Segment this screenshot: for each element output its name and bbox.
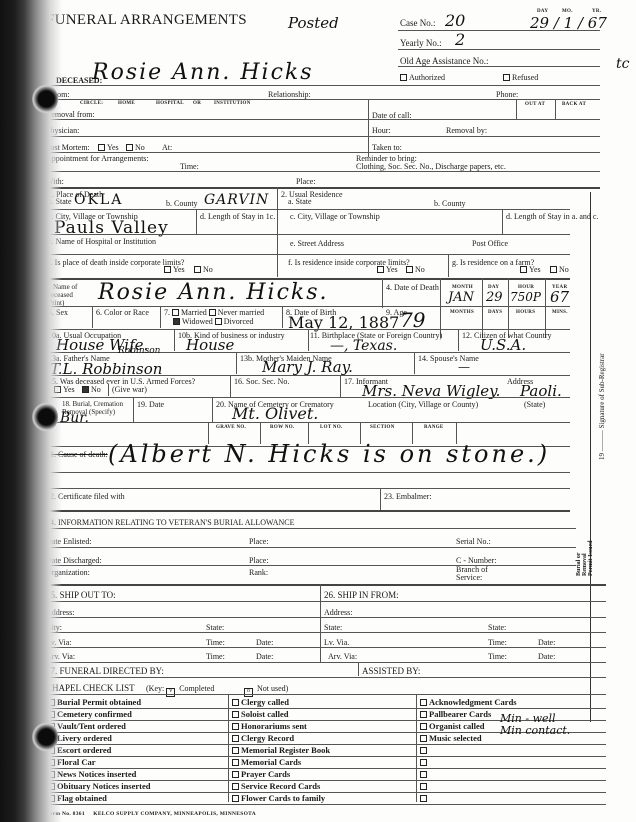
- reminder-items: Clothing, Soc. Sec. No., Discharge paper…: [356, 162, 506, 171]
- widowed-checkbox[interactable]: [173, 318, 180, 325]
- checkbox-icon[interactable]: [420, 771, 427, 778]
- checklist-item-label: Cemetery confirmed: [57, 709, 132, 719]
- checklist-item-label: Memorial Register Book: [241, 745, 330, 755]
- posted-stamp: Posted: [288, 14, 339, 32]
- checkbox-icon[interactable]: [420, 747, 427, 754]
- checklist-item[interactable]: Music selected: [420, 733, 482, 743]
- checkbox-icon[interactable]: [420, 723, 427, 730]
- mother-name-value[interactable]: Mary J. Ray.: [262, 358, 353, 376]
- checkbox-icon[interactable]: [232, 723, 239, 730]
- armed-no[interactable]: No: [82, 385, 101, 394]
- checkbox-icon[interactable]: [420, 783, 427, 790]
- death-corp-yes[interactable]: Yes: [164, 265, 185, 274]
- yearly-no-label: Yearly No.:: [400, 38, 442, 48]
- checklist-item-label: Flower Cards to family: [241, 793, 325, 803]
- cemetery-value[interactable]: Mt. Olivet.: [232, 404, 318, 423]
- checklist-item[interactable]: Honorariums sent: [232, 721, 307, 731]
- checklist-item-label: Burial Permit obtained: [57, 697, 141, 707]
- checklist-item-label: Honorariums sent: [241, 721, 307, 731]
- checklist-item-label: Acknowledgment Cards: [429, 697, 517, 707]
- not-used-key-icon: o: [244, 688, 253, 697]
- checklist-item-label: Livery ordered: [57, 733, 112, 743]
- checkbox-icon[interactable]: [420, 735, 427, 742]
- punch-hole: [32, 84, 58, 114]
- sub-registrar-signature: 19 ——— Signature of Sub-Registrar: [598, 353, 606, 460]
- place-label: Place:: [296, 177, 316, 186]
- checklist-item[interactable]: [420, 769, 429, 779]
- checklist-item[interactable]: [420, 793, 429, 803]
- checkbox-icon[interactable]: [420, 699, 427, 706]
- checklist-item[interactable]: Service Record Cards: [232, 781, 320, 791]
- deceased-name[interactable]: Rosie Ann. Hicks: [92, 60, 314, 85]
- yearly-no-value[interactable]: 2: [455, 30, 465, 49]
- checklist-item-label: Floral Car: [57, 757, 95, 767]
- checklist-item[interactable]: Clergy called: [232, 697, 289, 707]
- never-married-checkbox[interactable]: [209, 309, 216, 316]
- checklist-item-label: Pallbearer Cards: [429, 709, 491, 719]
- checklist-item-label: Escort ordered: [57, 745, 111, 755]
- married-checkbox[interactable]: [172, 309, 179, 316]
- relationship-label: Relationship:: [268, 90, 311, 99]
- checklist-item-label: Memorial Cards: [241, 757, 301, 767]
- hour-label: Hour:: [372, 126, 391, 135]
- farm-yes[interactable]: Yes: [520, 265, 541, 274]
- checklist-item[interactable]: Obituary Notices inserted: [48, 781, 151, 791]
- checklist-item[interactable]: Prayer Cards: [232, 769, 290, 779]
- case-no-label: Case No.:: [400, 18, 436, 28]
- old-age-label: Old Age Assistance No.:: [400, 56, 489, 66]
- completed-key-icon: v: [166, 688, 175, 697]
- checkbox-icon[interactable]: [232, 735, 239, 742]
- music-note: Min contact.: [500, 724, 570, 737]
- checklist-item[interactable]: Clergy Record: [232, 733, 294, 743]
- ship-in-heading: 26. SHIP IN FROM:: [324, 590, 399, 600]
- checklist-item-label: Music selected: [429, 733, 482, 743]
- farm-no[interactable]: No: [550, 265, 569, 274]
- disposition-value[interactable]: Bur.: [60, 410, 89, 426]
- phone-label: Phone:: [496, 90, 518, 99]
- res-corp-no[interactable]: No: [406, 265, 425, 274]
- cause-of-death-note[interactable]: (Albert N. Hicks is on stone.): [108, 440, 550, 468]
- death-county-value[interactable]: GARVIN: [204, 192, 269, 208]
- checklist-item-label: Clergy called: [241, 697, 289, 707]
- res-corp-yes[interactable]: Yes: [377, 265, 398, 274]
- checklist-item-label: Prayer Cards: [241, 769, 290, 779]
- authorized-checkbox[interactable]: Authorized: [400, 73, 445, 82]
- burial-permit-label: Burial or Removal Permit Issued: [576, 536, 594, 576]
- divorced-checkbox[interactable]: [215, 318, 222, 325]
- refused-checkbox[interactable]: Refused: [503, 73, 538, 82]
- checklist-item-label: Service Record Cards: [241, 781, 320, 791]
- checkbox-icon[interactable]: [232, 759, 239, 766]
- checklist-item-label: Organist called: [429, 721, 484, 731]
- checklist-item[interactable]: Acknowledgment Cards: [420, 697, 517, 707]
- checkbox-icon[interactable]: [232, 795, 239, 802]
- post-mortem-yes[interactable]: Yes: [98, 143, 119, 152]
- margin-mark: tc: [616, 56, 629, 72]
- death-corp-no[interactable]: No: [194, 265, 213, 274]
- death-city-value[interactable]: Pauls Valley: [54, 218, 169, 238]
- checkbox-icon[interactable]: [420, 711, 427, 718]
- checklist-item[interactable]: Pallbearer Cards: [420, 709, 491, 719]
- checkbox-icon[interactable]: [232, 771, 239, 778]
- checkbox-icon[interactable]: [420, 795, 427, 802]
- checkbox-icon[interactable]: [232, 711, 239, 718]
- checklist-item-label: Clergy Record: [241, 733, 294, 743]
- checklist-item[interactable]: Memorial Register Book: [232, 745, 330, 755]
- punch-hole: [32, 722, 58, 752]
- removal-by-label: Removal by:: [446, 126, 487, 135]
- checklist-item[interactable]: Soloist called: [232, 709, 288, 719]
- checklist-item[interactable]: Flower Cards to family: [232, 793, 325, 803]
- checklist-item-label: Vault/Tent ordered: [57, 721, 126, 731]
- checkbox-icon[interactable]: [420, 759, 427, 766]
- checkbox-icon[interactable]: [232, 747, 239, 754]
- punch-hole: [32, 402, 58, 432]
- case-no-value[interactable]: 20: [445, 11, 465, 30]
- checklist-item[interactable]: [420, 757, 429, 767]
- taken-to-label: Taken to:: [372, 143, 402, 152]
- funeral-arrangements-form: FUNERAL ARRANGEMENTS Posted Case No.: 20…: [0, 0, 636, 822]
- checklist-item[interactable]: Memorial Cards: [232, 757, 301, 767]
- veteran-heading: 24. INFORMATION RELATING TO VETERAN'S BU…: [46, 518, 294, 527]
- form-title: FUNERAL ARRANGEMENTS: [46, 12, 247, 29]
- checklist-item[interactable]: [420, 745, 429, 755]
- checklist-item-label: Flag obtained: [57, 793, 107, 803]
- deceased-print-name[interactable]: Rosie Ann. Hicks.: [98, 280, 329, 305]
- checkbox-icon[interactable]: [232, 699, 239, 706]
- checklist-item[interactable]: [420, 781, 429, 791]
- footer: Form No. 8361 KELCO SUPPLY COMPANY, MINN…: [46, 811, 256, 817]
- checklist-item[interactable]: Organist called: [420, 721, 484, 731]
- checklist-item-label: Soloist called: [241, 709, 288, 719]
- checklist-item-label: Obituary Notices inserted: [57, 781, 151, 791]
- assisted-by-label: ASSISTED BY:: [362, 666, 420, 676]
- spouse-name-value[interactable]: —: [458, 360, 470, 374]
- directed-by-label: 27. FUNERAL DIRECTED BY:: [46, 666, 164, 676]
- checklist-item-label: News Notices inserted: [57, 769, 136, 779]
- checkbox-icon[interactable]: [232, 783, 239, 790]
- death-state-value[interactable]: OKLA: [74, 192, 123, 208]
- post-mortem-no[interactable]: No: [126, 143, 145, 152]
